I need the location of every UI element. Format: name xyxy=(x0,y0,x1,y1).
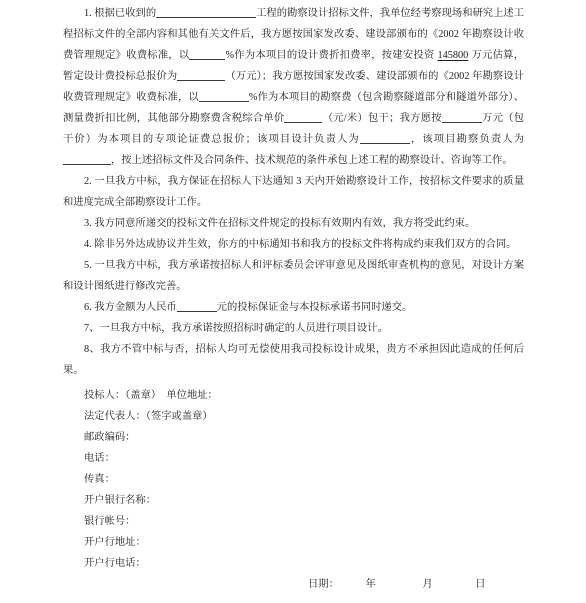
fill-in-blank xyxy=(63,153,111,165)
date-month-label: 月 xyxy=(422,579,432,590)
fill-in-blank xyxy=(177,300,217,312)
fill-in-blank xyxy=(284,111,322,123)
fill-in-blank xyxy=(442,111,482,123)
signature-line-7: 银行帐号： xyxy=(84,511,524,532)
signature-line-8: 开户行地址： xyxy=(84,532,524,553)
document-page: 1. 根据已收到的工程的勘察设计招标文件，我单位经考察现场和研究上述工程招标文件… xyxy=(0,0,586,603)
fill-in-blank xyxy=(199,90,249,102)
paragraph-4: 4. 除非另外达成协议并生效，你方的中标通知书和我方的投标文件将构成约束我们双方… xyxy=(63,234,524,255)
date-line: 日期： 年 月 日 xyxy=(63,574,524,595)
signature-line-3: 邮政编码： xyxy=(84,427,524,448)
paragraph-6: 6. 我方金额为人民币元的投标保证金与本投标承诺书同时递交。 xyxy=(63,297,524,318)
paragraph-8: 8、我方不管中标与否，招标人均可无偿使用我司投标设计成果，贵方不承担因此造成的任… xyxy=(63,339,524,381)
document-content: 1. 根据已收到的工程的勘察设计招标文件，我单位经考察现场和研究上述工程招标文件… xyxy=(63,3,524,595)
paragraph-3: 3. 我方同意所递交的投标文件在招标文件规定的投标有效期内有效，我方将受此约束。 xyxy=(63,213,524,234)
signature-line-6: 开户银行名称： xyxy=(84,490,524,511)
document-body: 1. 根据已收到的工程的勘察设计招标文件，我单位经考察现场和研究上述工程招标文件… xyxy=(63,3,524,381)
fill-in-blank xyxy=(156,6,256,18)
date-year-label: 年 xyxy=(365,579,375,590)
underlined-value: 145800 xyxy=(434,50,471,61)
date-day-label: 日 xyxy=(475,579,485,590)
paragraph-1: 1. 根据已收到的工程的勘察设计招标文件，我单位经考察现场和研究上述工程招标文件… xyxy=(63,3,524,171)
signature-line-5: 传真： xyxy=(84,469,524,490)
signature-block: 投标人：（盖章） 单位地址：法定代表人：（签字或盖章）邮政编码：电话：传真：开户… xyxy=(63,385,524,574)
paragraph-7: 7、一旦我方中标，我方承诺按照招标时确定的人员进行项目设计。 xyxy=(63,318,524,339)
fill-in-blank xyxy=(177,69,225,81)
signature-line-4: 电话： xyxy=(84,448,524,469)
date-label: 日期： xyxy=(308,579,339,590)
signature-line-1: 投标人：（盖章） 单位地址： xyxy=(84,385,524,406)
fill-in-blank xyxy=(360,132,410,144)
paragraph-2: 2. 一旦我方中标，我方保证在招标人下达通知 3 天内开始勘察设计工作，按招标文… xyxy=(63,171,524,213)
signature-line-2: 法定代表人：（签字或盖章） xyxy=(84,406,524,427)
paragraph-5: 5. 一旦我方中标，我方承诺按招标人和评标委员会评审意见及图纸审查机构的意见，对… xyxy=(63,255,524,297)
fill-in-blank xyxy=(189,48,225,60)
signature-line-9: 开户行电话： xyxy=(84,553,524,574)
